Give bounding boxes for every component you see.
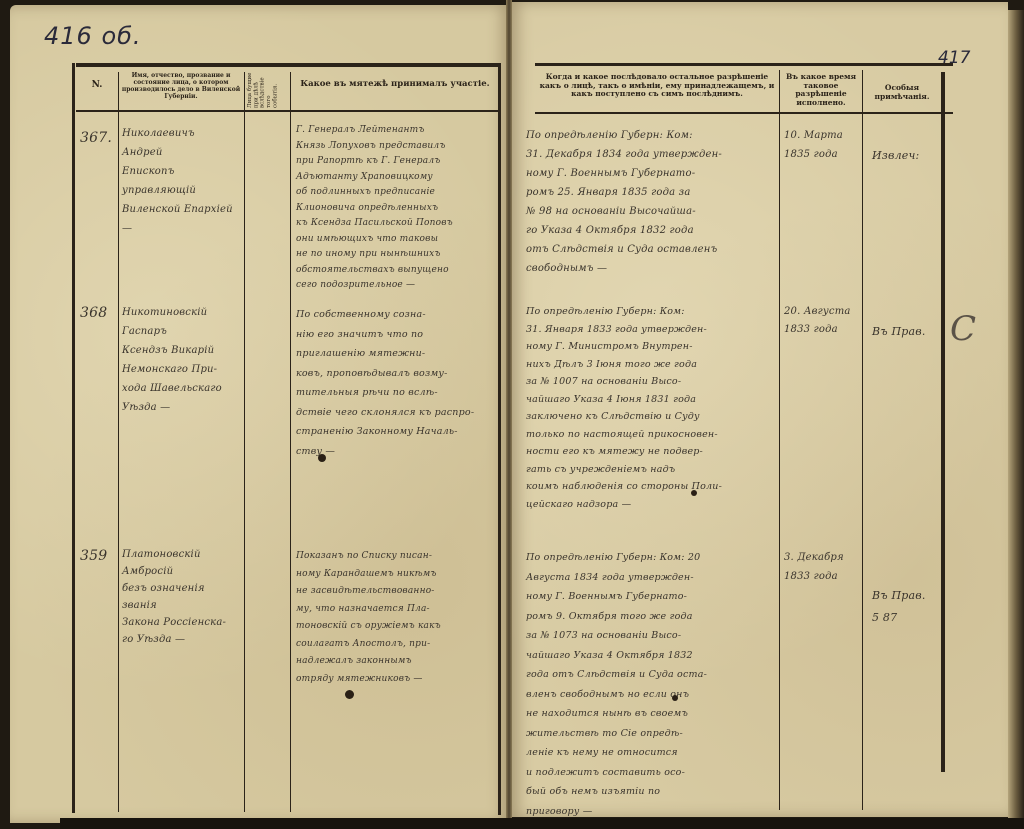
entry-367-participation: Г. Генералъ Лейтенантъ Князь Лопуховъ пр… xyxy=(296,123,496,294)
right-table-top-rule xyxy=(535,63,953,66)
margin-flourish: C xyxy=(950,320,976,339)
ink-spot xyxy=(345,690,354,699)
header-name: Имя, отчество, прозвание и состояние лиц… xyxy=(121,73,241,101)
entry-368-executed: 20. Августа 1833 года xyxy=(784,303,862,339)
page-edge xyxy=(1008,10,1024,820)
entry-359-remarks: Въ Прав. 5 87 xyxy=(872,585,942,629)
left-table-top-rule xyxy=(76,63,500,67)
entry-359-executed: 3. Декабря 1833 года xyxy=(784,548,862,586)
ink-spot xyxy=(672,695,678,701)
right-header-bottom-rule xyxy=(535,112,953,114)
entry-368-name: Никотиновскій Гаспаръ Ксендзъ Викарій Не… xyxy=(122,303,242,417)
entry-359-number: 359 xyxy=(80,548,107,564)
left-col-divider-2 xyxy=(244,72,245,812)
header-resolution: Когда и какое послѣдовало остальное разр… xyxy=(536,73,778,99)
ink-spot xyxy=(691,490,697,496)
header-executed: Въ какое время таковое разрѣшеніе исполн… xyxy=(781,73,861,108)
header-remarks: Особыя примѣчанія. xyxy=(864,84,940,101)
entry-368-resolution: По опредѣленію Губерн: Ком: 31. Января 1… xyxy=(526,303,782,513)
right-col-divider-2 xyxy=(862,70,863,810)
left-col-divider-1 xyxy=(118,72,119,812)
header-death: Лица бущие при дѣлѣ вслѣдствіе того собы… xyxy=(247,72,287,108)
entry-359-resolution: По опредѣленію Губерн: Ком: 20 Августа 1… xyxy=(526,548,782,821)
entry-359-participation: Показанъ по Списку писан- ному Карандаше… xyxy=(296,548,496,688)
right-border-outer xyxy=(941,72,945,772)
left-border-outer xyxy=(72,63,75,813)
header-number: N. xyxy=(80,80,114,90)
left-header-bottom-rule xyxy=(76,110,500,112)
entry-367-resolution: По опредѣленію Губерн: Ком: 31. Декабря … xyxy=(526,126,782,278)
entry-359-name: Платоновскій Амбросій безъ означенія зва… xyxy=(122,546,242,648)
entry-368-participation: По собственному созна- нію его значитъ ч… xyxy=(296,305,496,461)
entry-367-name: Николаевичъ Андрей Епископъ управляющій … xyxy=(122,124,242,238)
entry-368-number: 368 xyxy=(80,305,107,321)
entry-367-number: 367. xyxy=(80,130,112,146)
entry-368-remarks: Въ Прав. xyxy=(872,322,942,341)
left-border-inner xyxy=(498,63,501,815)
header-participation: Какое въ мятежѣ принималъ участіе. xyxy=(294,80,496,90)
book-gutter xyxy=(506,0,512,829)
entry-367-remarks: Извлеч: xyxy=(872,146,942,165)
folio-number-left: 416 об. xyxy=(44,22,142,50)
left-col-divider-3 xyxy=(290,72,291,812)
entry-367-executed: 10. Марта 1835 года xyxy=(784,126,862,164)
ink-spot xyxy=(318,454,326,462)
